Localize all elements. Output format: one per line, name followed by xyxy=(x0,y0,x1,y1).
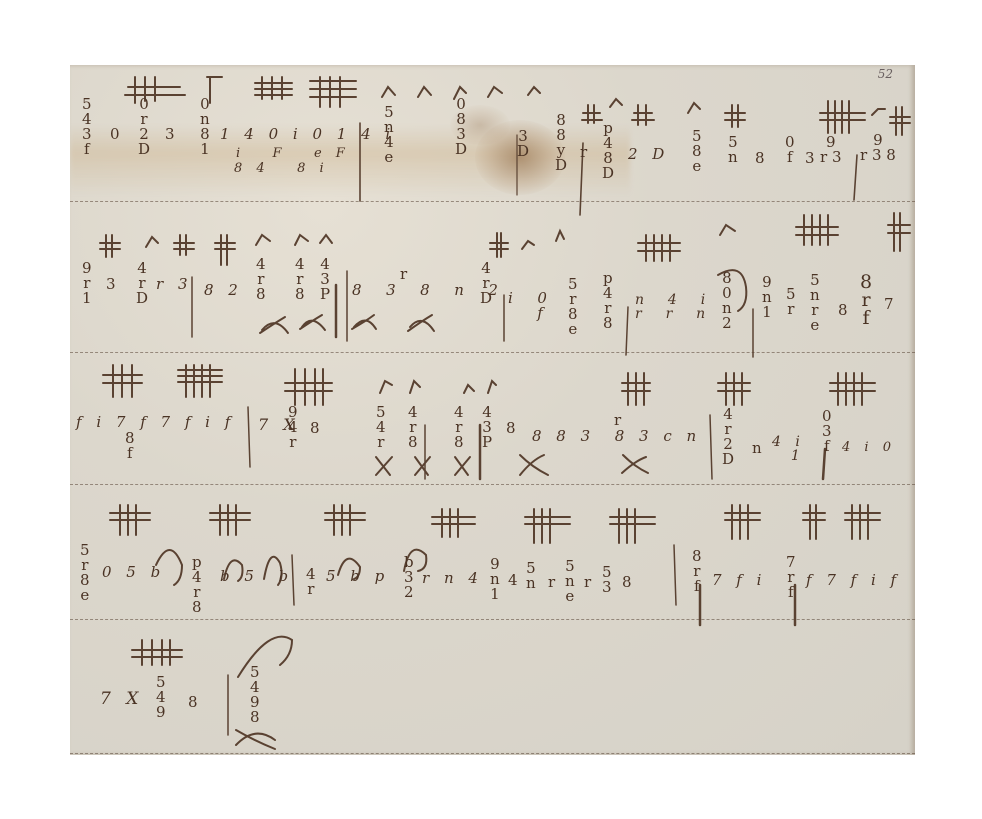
tab-column: 5 4 9 8 xyxy=(250,665,260,725)
tab-column: 5 n r e xyxy=(810,273,820,333)
tab-char: 8 xyxy=(188,695,198,710)
tab-column: 5 r 8 e xyxy=(80,543,90,603)
tab-char: 8 xyxy=(310,421,320,436)
tab-char: 7 xyxy=(884,297,894,312)
tab-column: 0 r 2 D xyxy=(138,97,150,157)
tab-column: 0 3 f xyxy=(822,409,832,454)
tab-column: 3 D xyxy=(517,129,529,159)
tab-column: 8 8 y D xyxy=(555,113,567,173)
tab-run: 1 4 0 i 0 1 4 i xyxy=(220,127,395,142)
tab-column: 5 r 8 e xyxy=(568,277,578,337)
tab-column: 4 r D xyxy=(136,261,148,306)
tab-run: r n 4 xyxy=(422,571,483,586)
tab-run: 7 f i xyxy=(712,573,766,588)
tab-run: 4 i 0 xyxy=(842,441,896,454)
tab-column: 5 4 3 f xyxy=(82,97,92,157)
tab-column: 4 r xyxy=(306,567,316,597)
tablature-strokes xyxy=(70,65,915,755)
tab-column: 9 n 1 xyxy=(490,557,500,602)
tab-char: 0 xyxy=(110,127,120,142)
tab-column: 4 r 8 xyxy=(408,405,418,450)
tab-column: 8 0 n 2 xyxy=(722,271,732,331)
tab-column: 7 r f xyxy=(786,555,796,600)
tab-run: f i 7 f 7 f i f xyxy=(76,415,235,430)
tab-column: 0 f xyxy=(785,135,795,165)
tab-run: i 0 f xyxy=(508,291,552,321)
tab-run: 0 5 b xyxy=(102,565,165,580)
tab-column: 4 r 2 D xyxy=(722,407,734,467)
tab-run: i F e F xyxy=(236,147,350,160)
tab-char: 8 xyxy=(506,421,516,436)
tab-column: 9 r 1 xyxy=(82,261,92,306)
tab-char: 4 xyxy=(508,573,518,588)
tab-run: b 5 b xyxy=(220,569,293,584)
tab-column: 4 3 P xyxy=(482,405,492,450)
tab-run: 8 2 xyxy=(204,283,243,298)
tab-char: r xyxy=(400,267,407,282)
tab-column: 5 8 e xyxy=(692,129,702,174)
tab-char: r xyxy=(584,575,591,590)
tab-run: r 3 xyxy=(156,277,192,292)
tab-run: f 7 f i f xyxy=(806,573,901,588)
manuscript-page: 52 xyxy=(70,65,915,755)
tab-run: 2 D xyxy=(628,147,669,162)
tab-run: 8 8 3 8 3 c n xyxy=(532,429,701,444)
tab-column: 5 n e xyxy=(565,559,575,604)
tab-column: 8 r f xyxy=(692,549,702,594)
tab-column: 4 r D xyxy=(480,261,492,306)
tab-column: 5 n 4 e xyxy=(384,105,394,165)
tab-column: 9 r 3 8 xyxy=(860,133,896,163)
tab-column: p 4 8 D xyxy=(602,121,614,181)
tab-char: r xyxy=(614,413,621,428)
tab-char: 8 xyxy=(838,303,848,318)
tab-column: 5 4 r xyxy=(376,405,386,450)
tab-column: 9 n 1 xyxy=(762,275,772,320)
tab-char: 3 xyxy=(165,127,175,142)
tab-column: 4 r 8 xyxy=(256,257,266,302)
tab-column: 5 n xyxy=(728,135,738,165)
tab-column: 0 8 3 D xyxy=(455,97,467,157)
tab-run: 4 i 1 xyxy=(772,435,805,463)
tab-char: 8 xyxy=(755,151,765,166)
tab-column: 5 3 xyxy=(602,565,612,595)
tab-char: r xyxy=(580,145,587,160)
tab-column: 5 4 9 xyxy=(156,675,166,720)
tab-column: 0 n 8 1 xyxy=(200,97,210,157)
tab-char: r xyxy=(548,575,555,590)
tab-column: 9 4 r xyxy=(288,405,298,450)
tab-column: b 3 2 xyxy=(404,555,414,600)
tab-run: 8 4 8 i xyxy=(234,162,329,175)
tab-column: 5 r xyxy=(786,287,796,317)
tab-char: n xyxy=(752,441,762,456)
tab-column: 9 r 3 xyxy=(820,135,841,165)
tab-column: 4 r 8 xyxy=(295,257,305,302)
tab-run: 5 b p xyxy=(326,569,389,584)
tab-column: 4 3 P xyxy=(320,257,330,302)
tab-column: 8 f xyxy=(125,431,135,461)
tab-column: 5 n xyxy=(526,561,536,591)
tab-char: 3 xyxy=(106,277,116,292)
tab-column: p 4 r 8 xyxy=(192,555,202,615)
tab-run: n 4 i r r n xyxy=(635,293,710,321)
tab-char: 3 xyxy=(805,151,815,166)
tab-column: p 4 r 8 xyxy=(603,271,613,331)
tab-run: 7 X xyxy=(100,691,143,708)
tab-column: 8 r f xyxy=(860,273,872,327)
tab-char: 8 xyxy=(622,575,632,590)
tab-column: 4 r 8 xyxy=(454,405,464,450)
